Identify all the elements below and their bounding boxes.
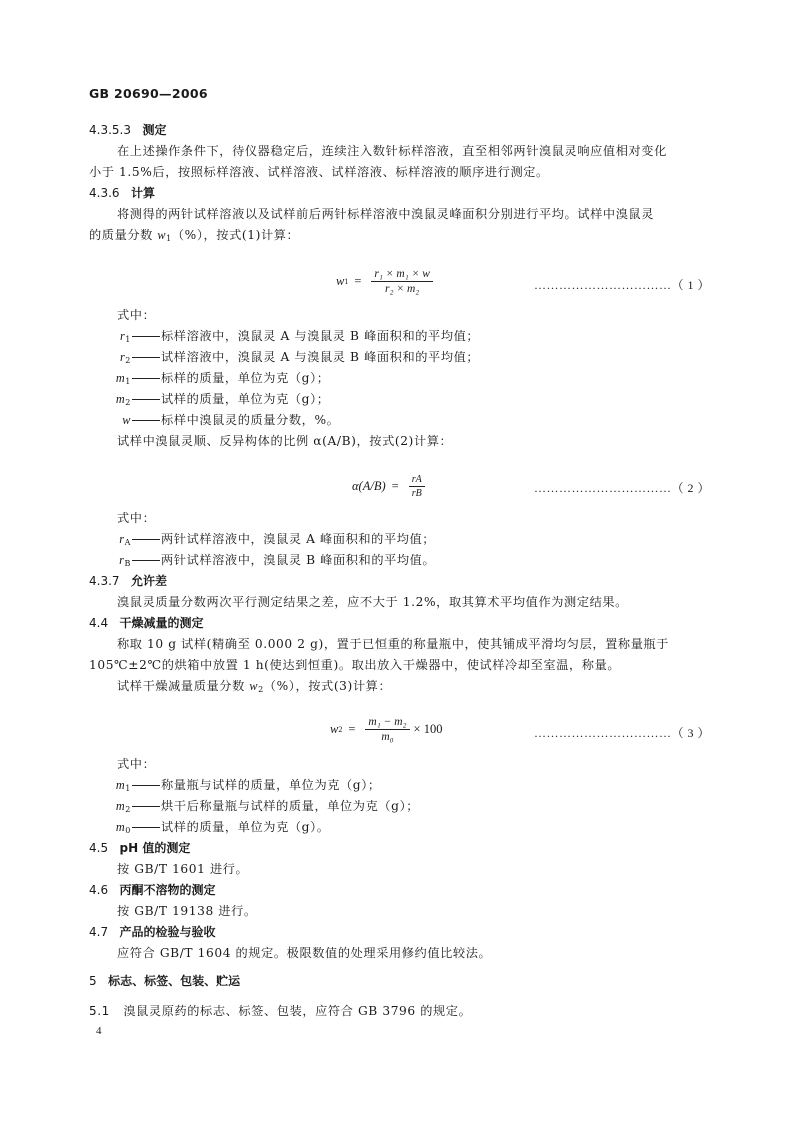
- definition-rA: rA两针试样溶液中，溴鼠灵 A 峰面积和的平均值；: [105, 530, 435, 547]
- equation-number-3: ……………………………（ 3 ）: [534, 724, 710, 741]
- numerator: r₁ × m₁ × w: [371, 268, 432, 282]
- paragraph-line: 在上述操作条件下，待仪器稳定后，连续注入数针标样溶液，直至相邻两针溴鼠灵响应值相…: [117, 142, 667, 159]
- section-number: 5.1: [89, 1004, 110, 1018]
- subscript: 1: [125, 335, 131, 344]
- section-text: 溴鼠灵原药的标志、标签、包装，应符合 GB 3796 的规定。: [123, 1004, 471, 1018]
- denominator: rB: [409, 487, 425, 499]
- page-number: 4: [96, 1025, 102, 1037]
- em-dash: [132, 785, 160, 786]
- section-number: 4.3.6: [89, 186, 120, 200]
- paragraph-line: 小于 1.5%后，按照标样溶液、试样溶液、试样溶液、标样溶液的顺序进行测定。: [89, 163, 549, 180]
- definition-text: 标样的质量，单位为克（g）；: [161, 371, 330, 385]
- definition-rB: rB两针试样溶液中，溴鼠灵 B 峰面积和的平均值。: [105, 551, 435, 568]
- symbol: w: [122, 413, 131, 427]
- em-dash: [132, 539, 160, 540]
- text: 试样干燥减量质量分数: [117, 679, 249, 693]
- definition-text: 两针试样溶液中，溴鼠灵 A 峰面积和的平均值；: [161, 532, 435, 546]
- paragraph-line: 称取 10 g 试样(精确至 0.000 2 g)，置于已恒重的称量瓶中，使其铺…: [117, 635, 669, 652]
- fraction: r₁ × m₁ × w r₂ × m₂: [371, 268, 432, 295]
- equation-number-1: ……………………………（ 1 ）: [534, 276, 710, 293]
- paragraph-line: 将测得的两针试样溶液以及试样前后两针标样溶液中溴鼠灵峰面积分别进行平均。试样中溴…: [117, 205, 654, 222]
- section-number: 4.7: [89, 925, 108, 939]
- em-dash: [132, 806, 160, 807]
- text: （%），按式(1)计算：: [172, 228, 299, 242]
- section-4-3-5-3-heading: 4.3.5.3 测定: [89, 121, 166, 138]
- subscript: 0: [125, 826, 131, 835]
- section-4-6-heading: 4.6 丙酮不溶物的测定: [89, 881, 216, 898]
- section-title: 标志、标签、包装、贮运: [108, 974, 240, 988]
- where-label: 式中：: [117, 755, 155, 772]
- definition-r1: r1标样溶液中，溴鼠灵 A 与溴鼠灵 B 峰面积和的平均值；: [105, 327, 479, 344]
- symbol: m: [116, 371, 125, 385]
- paragraph-line: 试样干燥减量质量分数 w2（%），按式(3)计算：: [117, 677, 391, 694]
- definition-text: 标样溶液中，溴鼠灵 A 与溴鼠灵 B 峰面积和的平均值；: [161, 329, 479, 343]
- em-dash: [132, 399, 160, 400]
- em-dash: [132, 378, 160, 379]
- where-label: 式中：: [117, 306, 155, 323]
- symbol: m: [116, 392, 125, 406]
- definition-text: 称量瓶与试样的质量，单位为克（g）；: [161, 778, 381, 792]
- subscript: 2: [125, 805, 131, 814]
- standard-id-header: GB 20690—2006: [89, 86, 208, 101]
- denominator: r₂ × m₂: [382, 282, 422, 295]
- definition-m0: m0试样的质量，单位为克（g）。: [105, 818, 330, 835]
- em-dash: [132, 560, 160, 561]
- definition-text: 标样中溴鼠灵的质量分数，%。: [161, 413, 339, 427]
- subscript: 1: [125, 377, 131, 386]
- formula-lhs: α(A/B): [352, 479, 386, 494]
- section-4-5-heading: 4.5 pH 值的测定: [89, 839, 190, 856]
- section-5-heading: 5 标志、标签、包装、贮运: [89, 972, 240, 989]
- text: 的质量分数: [89, 228, 157, 242]
- section-title: 测定: [142, 123, 166, 137]
- subscript: 1: [125, 784, 131, 793]
- section-4-7-heading: 4.7 产品的检验与验收: [89, 923, 216, 940]
- definition-text: 试样的质量，单位为克（g）。: [161, 820, 330, 834]
- fraction: rA rB: [409, 474, 425, 499]
- definition-m1: m1标样的质量，单位为克（g）；: [105, 369, 330, 386]
- em-dash: [132, 336, 160, 337]
- definition-m2: m2试样的质量，单位为克（g）；: [105, 390, 330, 407]
- em-dash: [132, 357, 160, 358]
- subscript: 2: [125, 356, 131, 365]
- paragraph-line: 按 GB/T 19138 进行。: [117, 902, 257, 919]
- formula-1: w1 = r₁ × m₁ × w r₂ × m₂: [336, 268, 437, 295]
- section-title: 丙酮不溶物的测定: [120, 883, 216, 897]
- definition-text: 试样溶液中，溴鼠灵 A 与溴鼠灵 B 峰面积和的平均值；: [161, 350, 479, 364]
- section-title: 干燥减量的测定: [120, 616, 204, 630]
- em-dash: [132, 420, 160, 421]
- equals-sign: =: [392, 479, 399, 494]
- definition-r2: r2试样溶液中，溴鼠灵 A 与溴鼠灵 B 峰面积和的平均值；: [105, 348, 479, 365]
- fraction: m₁ − m₂ m₀: [365, 716, 409, 743]
- section-title: 产品的检验与验收: [120, 925, 216, 939]
- paragraph-line: 试样中溴鼠灵顺、反异构体的比例 α(A/B)，按式(2)计算：: [117, 432, 452, 449]
- equals-sign: =: [348, 722, 355, 737]
- section-number: 4.5: [89, 841, 108, 855]
- variable: w: [157, 228, 166, 242]
- em-dash: [132, 827, 160, 828]
- subscript: B: [125, 559, 131, 568]
- subscript: 2: [125, 398, 131, 407]
- numerator: m₁ − m₂: [365, 716, 409, 730]
- symbol: m: [116, 820, 125, 834]
- equals-sign: =: [354, 274, 361, 289]
- section-title: pH 值的测定: [120, 841, 191, 855]
- formula-lhs: w: [336, 274, 344, 289]
- variable: w: [249, 679, 258, 693]
- subscript: 1: [344, 277, 348, 286]
- paragraph-line: 105℃±2℃的烘箱中放置 1 h(使达到恒重)。取出放入干燥器中，使试样冷却至…: [89, 656, 620, 673]
- paragraph-line: 的质量分数 w1（%），按式(1)计算：: [89, 226, 299, 243]
- numerator: rA: [409, 474, 425, 487]
- subscript: 2: [338, 725, 342, 734]
- section-5-1: 5.1 溴鼠灵原药的标志、标签、包装，应符合 GB 3796 的规定。: [89, 1002, 471, 1019]
- equation-number-2: ……………………………（ 2 ）: [534, 479, 710, 496]
- section-4-4-heading: 4.4 干燥减量的测定: [89, 614, 204, 631]
- definition-text: 两针试样溶液中，溴鼠灵 B 峰面积和的平均值。: [161, 553, 435, 567]
- multiplier: × 100: [414, 722, 443, 737]
- paragraph-line: 溴鼠灵质量分数两次平行测定结果之差，应不大于 1.2%，取其算术平均值作为测定结…: [117, 593, 628, 610]
- subscript: A: [125, 538, 131, 547]
- symbol: m: [116, 799, 125, 813]
- section-title: 计算: [131, 186, 155, 200]
- symbol: m: [116, 778, 125, 792]
- formula-2: α(A/B) = rA rB: [352, 474, 429, 499]
- where-label: 式中：: [117, 509, 155, 526]
- denominator: m₀: [378, 730, 396, 743]
- definition-m2: m2烘干后称量瓶与试样的质量，单位为克（g）；: [105, 797, 419, 814]
- section-4-3-6-heading: 4.3.6 计算: [89, 184, 155, 201]
- section-number: 4.4: [89, 616, 108, 630]
- paragraph-line: 按 GB/T 1601 进行。: [117, 860, 248, 877]
- section-number: 4.3.7: [89, 574, 120, 588]
- definition-m1: m1称量瓶与试样的质量，单位为克（g）；: [105, 776, 381, 793]
- section-number: 5: [89, 974, 97, 988]
- section-title: 允许差: [131, 574, 167, 588]
- section-number: 4.6: [89, 883, 108, 897]
- section-number: 4.3.5.3: [89, 123, 131, 137]
- section-4-3-7-heading: 4.3.7 允许差: [89, 572, 167, 589]
- formula-lhs: w: [330, 722, 338, 737]
- definition-text: 烘干后称量瓶与试样的质量，单位为克（g）；: [161, 799, 419, 813]
- paragraph-line: 应符合 GB/T 1604 的规定。极限数值的处理采用修约值比较法。: [117, 944, 491, 961]
- definition-text: 试样的质量，单位为克（g）；: [161, 392, 330, 406]
- text: （%），按式(3)计算：: [264, 679, 391, 693]
- definition-w: w标样中溴鼠灵的质量分数，%。: [105, 411, 339, 428]
- formula-3: w2 = m₁ − m₂ m₀ × 100: [330, 716, 442, 743]
